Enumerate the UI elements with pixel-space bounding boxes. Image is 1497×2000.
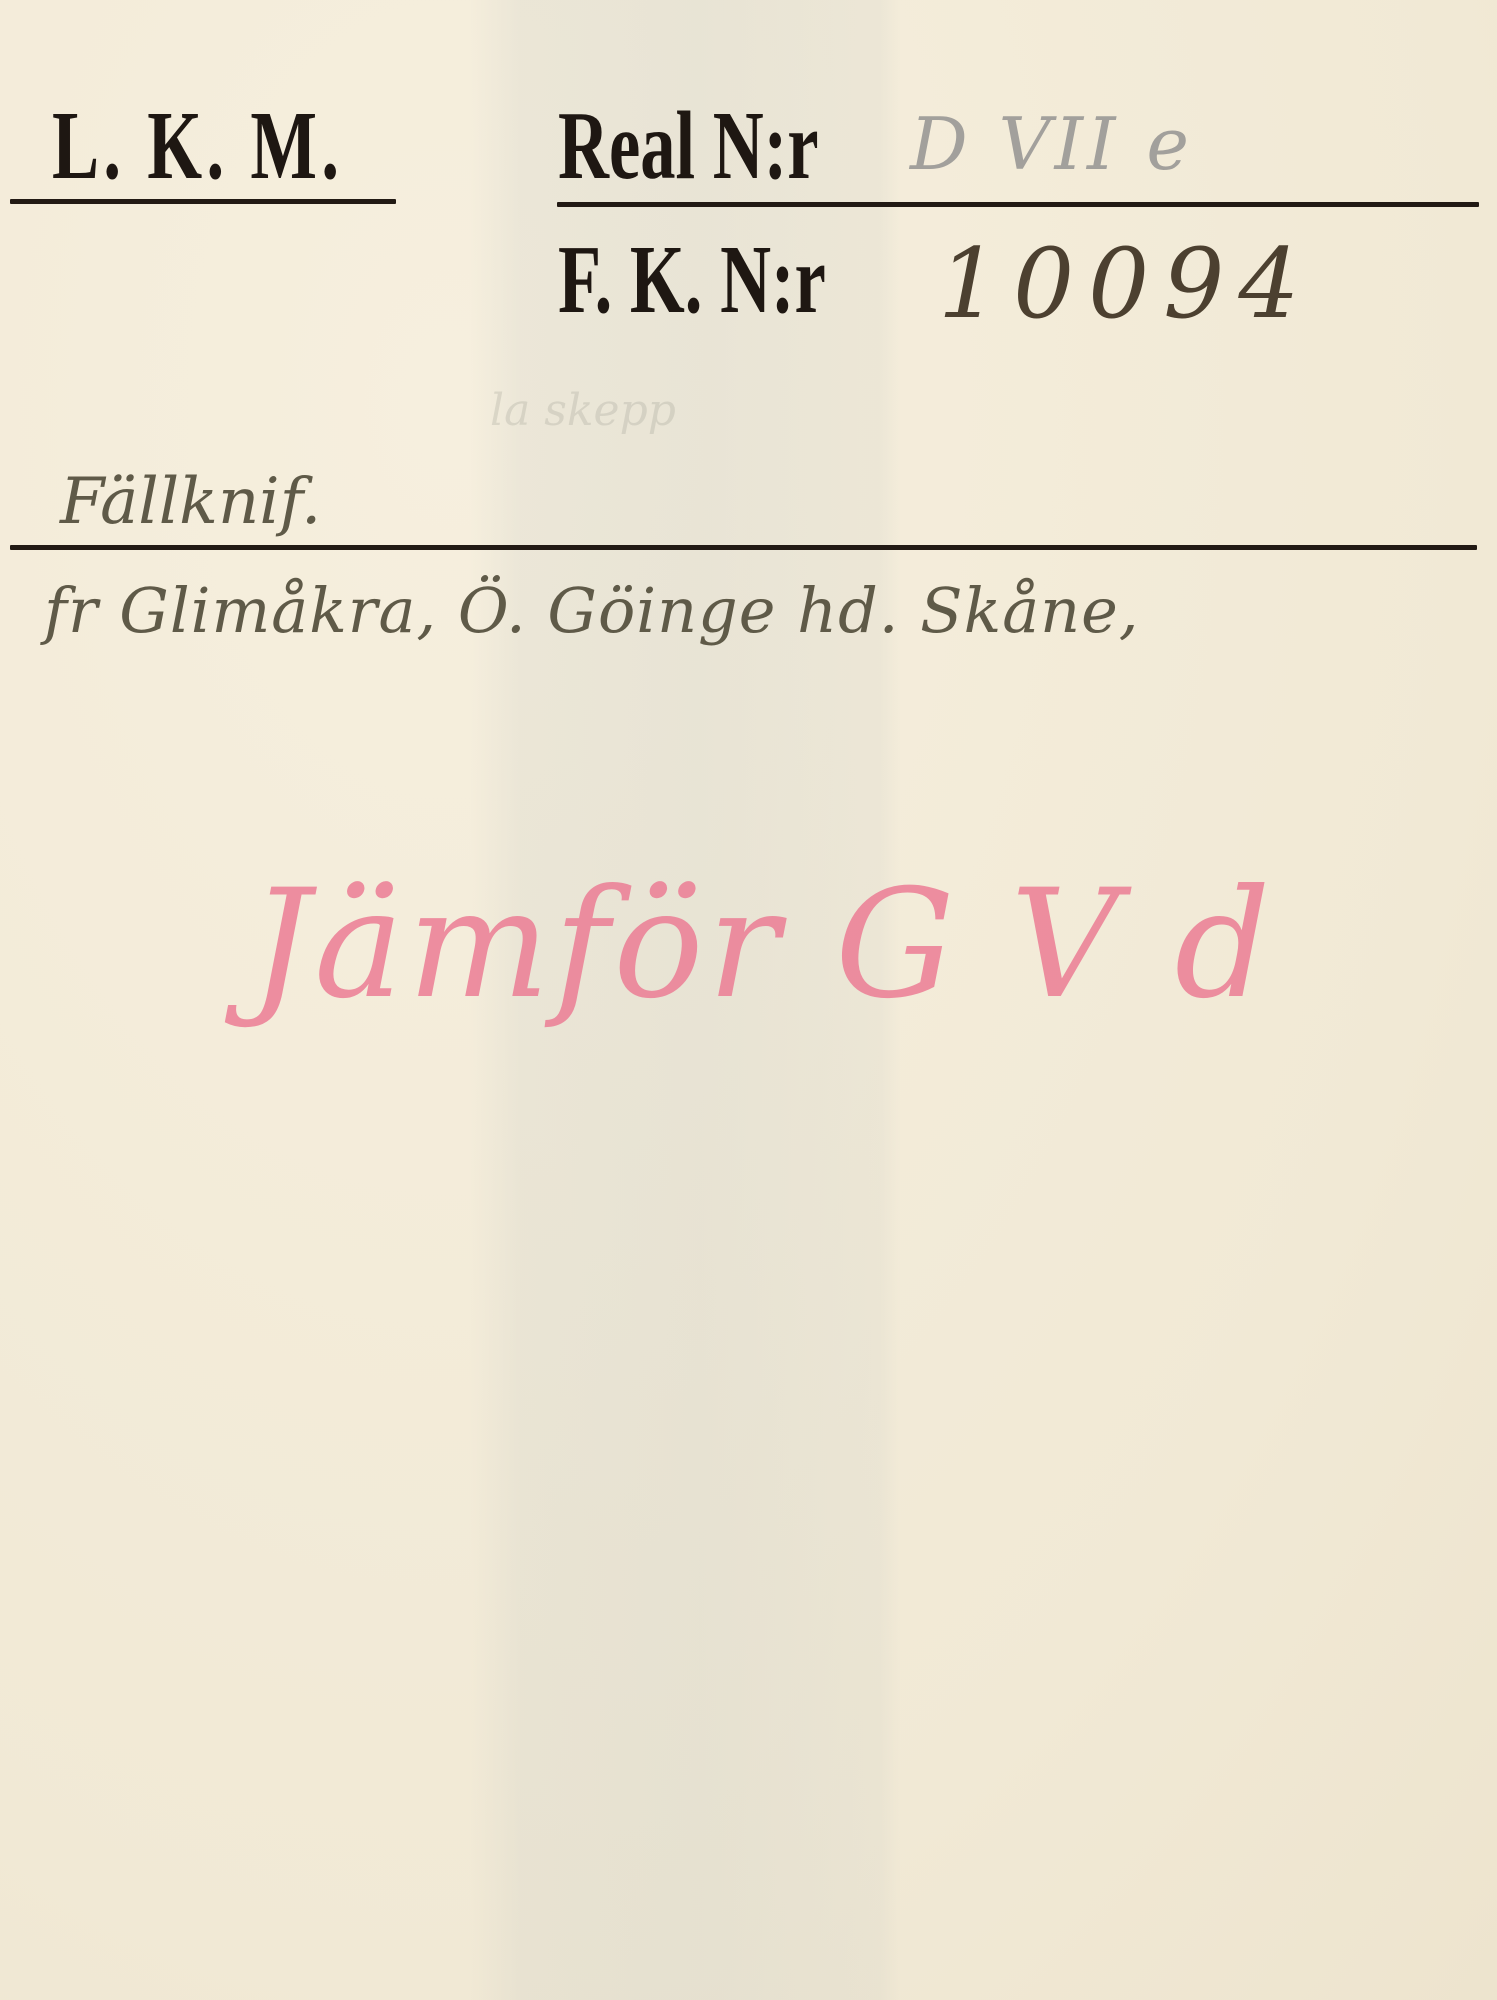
real-nr-underline: [557, 202, 1479, 207]
bleedthrough-text: la skepp: [490, 385, 676, 436]
institution-underline: [10, 199, 396, 204]
institution-label: L. K. M.: [52, 97, 343, 195]
fk-nr-label: F. K. N:r: [558, 231, 826, 329]
real-nr-value: D VII e: [910, 108, 1193, 180]
archive-card: { "card": { "institution_label": "L. K. …: [0, 0, 1497, 2000]
cross-reference-annotation: Jämför G V d: [250, 870, 1275, 1020]
object-underline: [10, 545, 1477, 550]
fk-nr-value: 10094: [938, 236, 1313, 332]
object-name: Fällknif.: [60, 470, 321, 534]
real-nr-label: Real N:r: [558, 97, 819, 195]
provenance-text: fr Glimåkra, Ö. Göinge hd. Skåne,: [44, 580, 1140, 642]
